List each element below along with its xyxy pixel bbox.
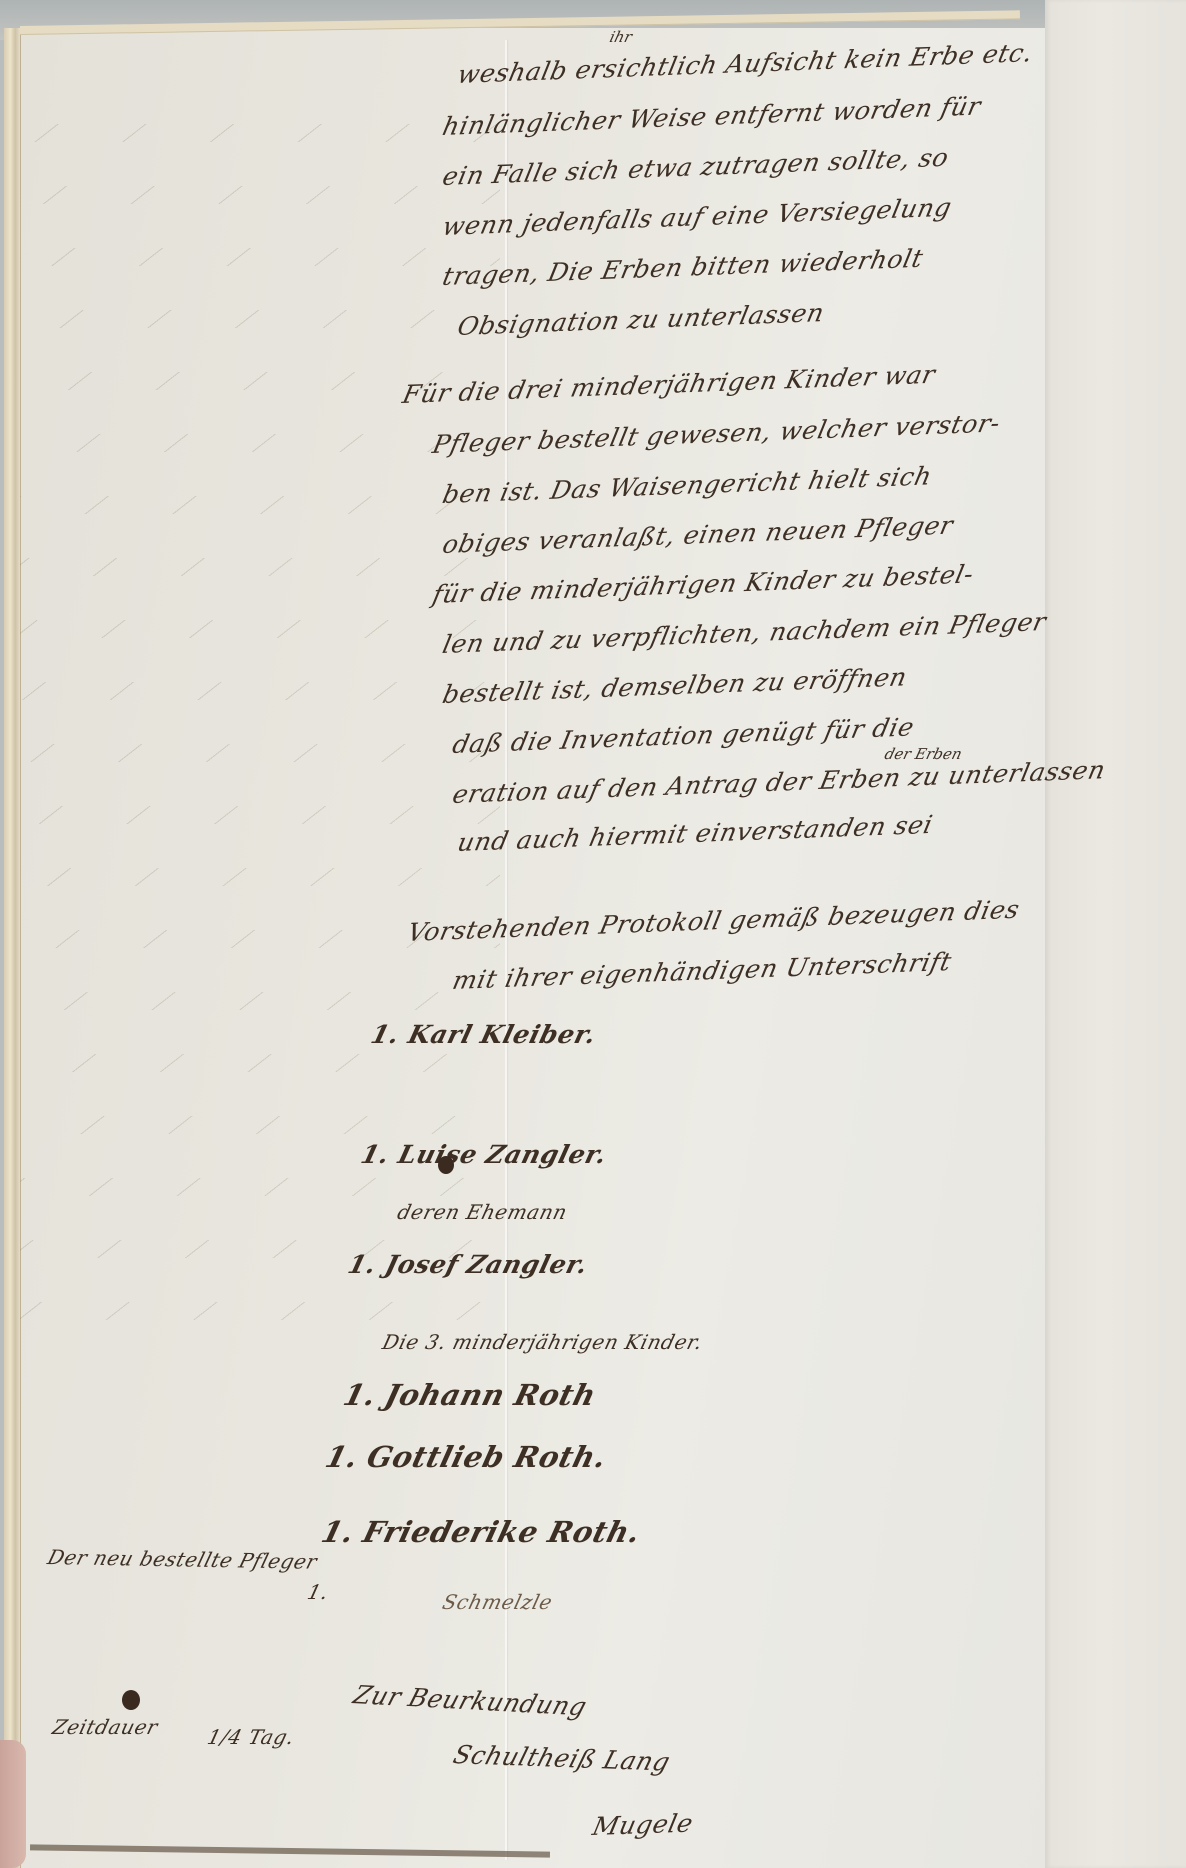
adjacent-page (1045, 0, 1186, 1868)
body-superscript: ihr (608, 28, 634, 46)
signatory-name: Friederike Roth. (359, 1515, 644, 1549)
signature-entry: 1.Gottlieb Roth. (322, 1440, 610, 1474)
duration-label: Zeitdauer (50, 1715, 161, 1739)
body-superscript: der Erben (883, 745, 964, 763)
signature-entry: 1.Friederike Roth. (318, 1515, 644, 1549)
guardian-label: Der neu bestellte Pfleger (45, 1545, 320, 1574)
guardian-name: Schmelzle (440, 1590, 555, 1614)
duration-value: 1/4 Tag. (205, 1725, 297, 1749)
signatory-name: Johann Roth (381, 1378, 599, 1412)
ink-blot (438, 1156, 454, 1174)
signatory-name: Josef Zangler. (382, 1250, 591, 1279)
book-spine-edge (4, 28, 21, 1868)
signatory-name: Karl Kleiber. (405, 1020, 599, 1049)
certification-signature: Mugele (590, 1809, 696, 1841)
signatory-name: Luise Zangler. (395, 1140, 610, 1169)
thumb-holding-page (0, 1740, 26, 1868)
signature-entry: 1.Karl Kleiber. (368, 1020, 599, 1049)
signature-note: Die 3. minderjährigen Kinder. (380, 1330, 705, 1354)
ink-blot (122, 1690, 140, 1710)
signature-entry: 1.Luise Zangler. (358, 1140, 610, 1169)
signature-entry: 1.Josef Zangler. (345, 1250, 591, 1279)
signature-entry: 1.Johann Roth (340, 1378, 600, 1412)
signature-note: deren Ehemann (395, 1200, 570, 1224)
signatory-name: Gottlieb Roth. (363, 1440, 610, 1474)
